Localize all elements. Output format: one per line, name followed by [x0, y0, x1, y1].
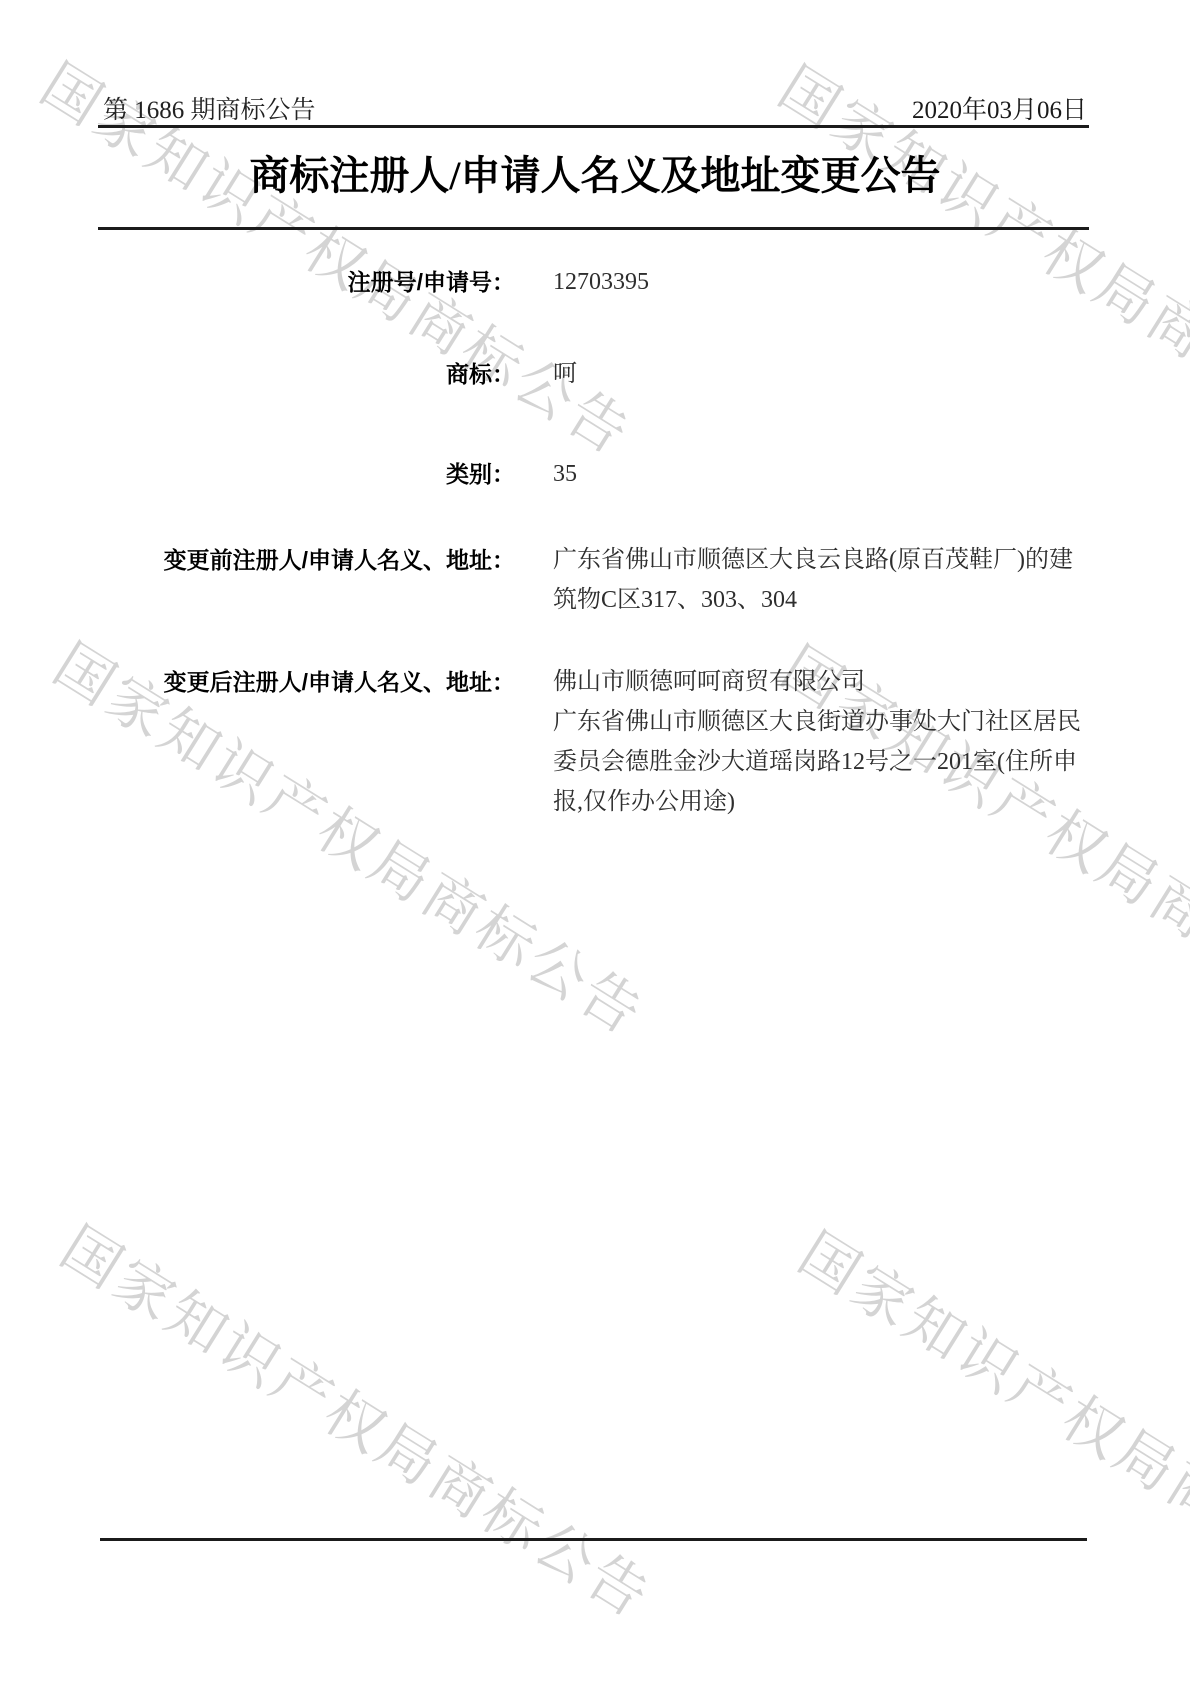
value-line: 广东省佛山市顺德区大良街道办事处大门社区居民: [553, 702, 1081, 742]
trademark-text: 呵: [553, 354, 577, 394]
value-line: 广东省佛山市顺德区大良云良路(原百茂鞋厂)的建: [553, 540, 1073, 580]
value-line: 筑物C区317、303、304: [553, 580, 1073, 620]
gazette-issue-label: 第 1686 期商标公告: [103, 90, 316, 126]
value-line: 佛山市顺德呵呵商贸有限公司: [553, 662, 1081, 702]
field-value: 12703395: [553, 262, 649, 302]
value-line: 委员会德胜金沙大道瑶岗路12号之一201室(住所申: [553, 742, 1081, 782]
gazette-page: 国家知识产权局商标公告 国家知识产权局商标公告 国家知识产权局商标公告 国家知识…: [0, 0, 1190, 1684]
field-label: 变更前注册人/申请人名义、地址：: [95, 540, 515, 580]
field-row-after-change: 变更后注册人/申请人名义、地址： 佛山市顺德呵呵商贸有限公司 广东省佛山市顺德区…: [95, 662, 1155, 822]
field-value: 呵: [553, 354, 577, 394]
header-rule: [98, 125, 1089, 128]
value-line: 12703395: [553, 262, 649, 302]
page-content: 第 1686 期商标公告 2020年03月06日 商标注册人/申请人名义及地址变…: [0, 0, 1190, 1684]
value-line: 35: [553, 454, 577, 494]
field-value: 广东省佛山市顺德区大良云良路(原百茂鞋厂)的建 筑物C区317、303、304: [553, 540, 1073, 620]
field-row-class: 类别： 35: [95, 454, 1155, 494]
field-label: 商标：: [95, 354, 515, 394]
gazette-date: 2020年03月06日: [912, 90, 1087, 126]
field-row-registration-number: 注册号/申请号： 12703395: [95, 262, 1155, 302]
field-row-trademark: 商标： 呵: [95, 354, 1155, 394]
field-label: 注册号/申请号：: [95, 262, 515, 302]
field-label: 变更后注册人/申请人名义、地址：: [95, 662, 515, 702]
page-title: 商标注册人/申请人名义及地址变更公告: [95, 144, 1095, 201]
title-rule: [98, 227, 1089, 230]
field-value: 佛山市顺德呵呵商贸有限公司 广东省佛山市顺德区大良街道办事处大门社区居民 委员会…: [553, 662, 1081, 822]
field-value: 35: [553, 454, 577, 494]
value-line: 报,仅作办公用途): [553, 782, 1081, 822]
field-row-before-change: 变更前注册人/申请人名义、地址： 广东省佛山市顺德区大良云良路(原百茂鞋厂)的建…: [95, 540, 1155, 620]
footer-rule: [100, 1538, 1087, 1541]
field-label: 类别：: [95, 454, 515, 494]
